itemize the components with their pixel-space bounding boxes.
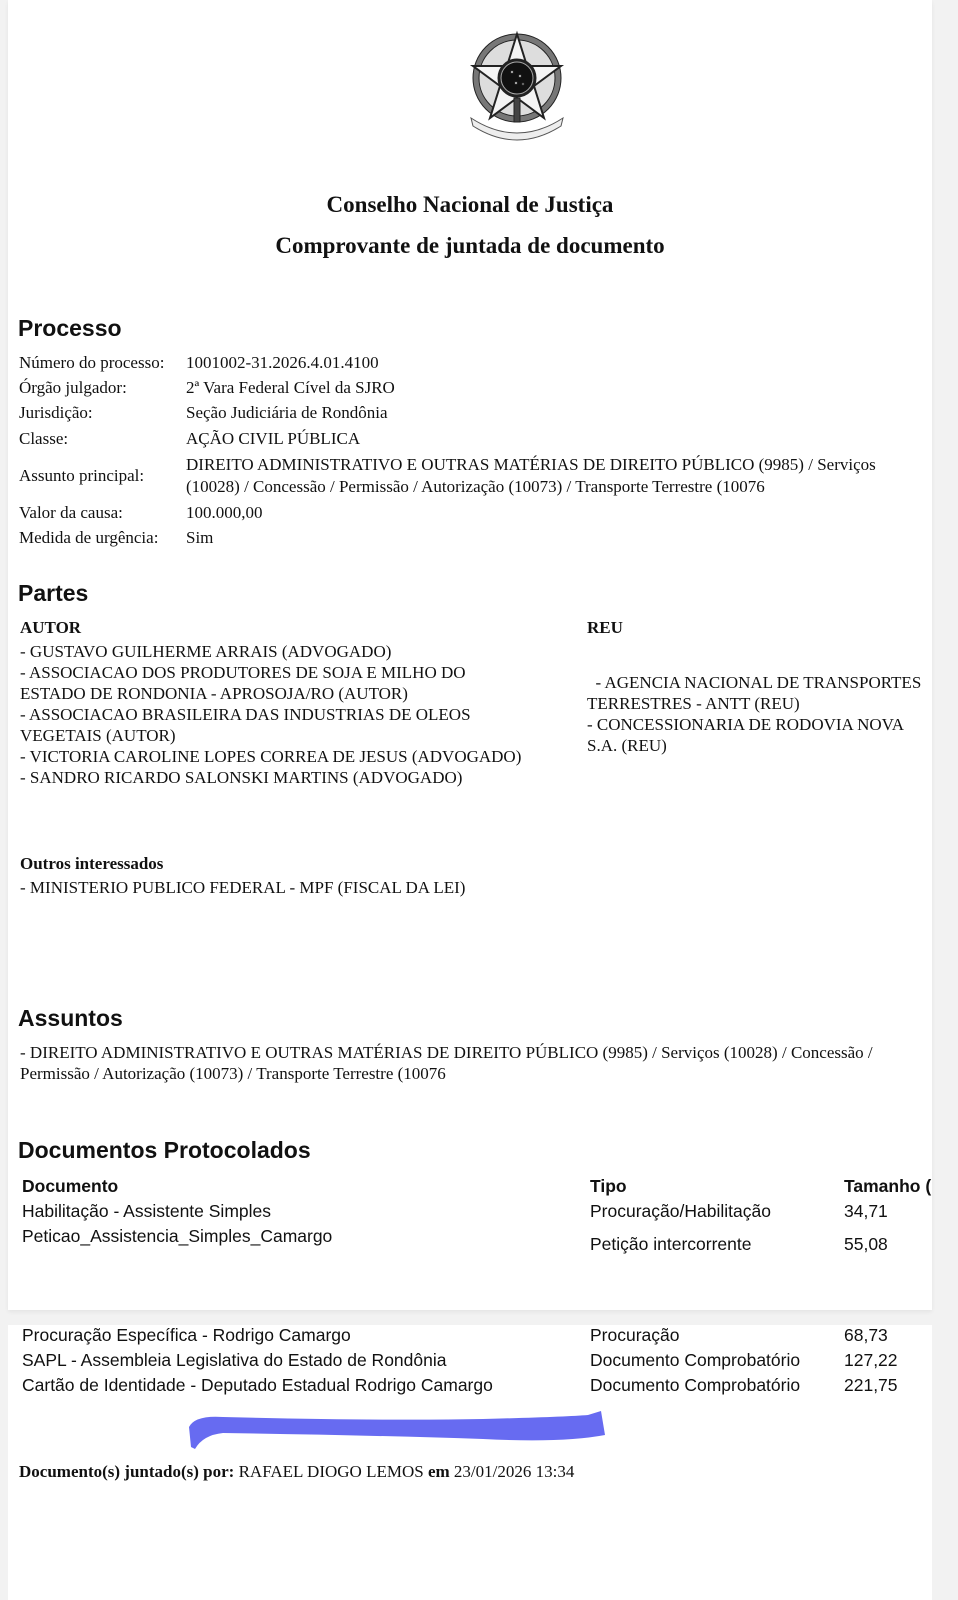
- doc-name: Cartão de Identidade - Deputado Estadual…: [22, 1375, 493, 1396]
- autor-line: ESTADO DE RONDONIA - APROSOJA/RO (AUTOR): [20, 683, 408, 704]
- col-tipo: Tipo: [590, 1176, 627, 1197]
- autor-line: - VICTORIA CAROLINE LOPES CORREA DE JESU…: [20, 746, 521, 767]
- assuntos-heading: Assuntos: [18, 1005, 123, 1032]
- autor-heading: AUTOR: [20, 617, 81, 638]
- numero-value: 1001002-31.2026.4.01.4100: [186, 352, 379, 373]
- valor-label: Valor da causa:: [19, 502, 123, 523]
- doc-name: Habilitação - Assistente Simples: [22, 1201, 271, 1222]
- partes-heading: Partes: [18, 580, 88, 607]
- redaction-scribble: [183, 1405, 623, 1455]
- doc-title: Comprovante de juntada de documento: [8, 233, 932, 259]
- autor-line: - GUSTAVO GUILHERME ARRAIS (ADVOGADO): [20, 641, 391, 662]
- reu-line: - AGENCIA NACIONAL DE TRANSPORTES: [587, 672, 932, 693]
- classe-label: Classe:: [19, 428, 68, 449]
- autor-line: - ASSOCIACAO DOS PRODUTORES DE SOJA E MI…: [20, 662, 466, 683]
- documentos-heading: Documentos Protocolados: [18, 1137, 311, 1164]
- jurisdicao-label: Jurisdição:: [19, 402, 93, 423]
- doc-name: Peticao_Assistencia_Simples_Camargo: [22, 1226, 332, 1247]
- reu-heading: REU: [587, 617, 623, 638]
- urgencia-label: Medida de urgência:: [19, 527, 158, 548]
- autor-line: - ASSOCIACAO BRASILEIRA DAS INDUSTRIAS D…: [20, 704, 471, 725]
- doc-size: 55,08: [844, 1234, 888, 1255]
- assunto-principal-value-line1: DIREITO ADMINISTRATIVO E OUTRAS MATÉRIAS…: [186, 454, 932, 475]
- doc-name: SAPL - Assembleia Legislativa do Estado …: [22, 1350, 446, 1371]
- assunto-principal-label: Assunto principal:: [19, 465, 144, 486]
- col-tamanho: Tamanho (KB): [844, 1176, 932, 1197]
- col-documento: Documento: [22, 1176, 118, 1197]
- processo-heading: Processo: [18, 315, 122, 342]
- doc-type: Documento Comprobatório: [590, 1350, 800, 1371]
- doc-type: Documento Comprobatório: [590, 1375, 800, 1396]
- classe-value: AÇÃO CIVIL PÚBLICA: [186, 428, 360, 449]
- numero-label: Número do processo:: [19, 352, 164, 373]
- assuntos-line2: Permissão / Autorização (10073) / Transp…: [20, 1063, 932, 1084]
- juntada-label: Documento(s) juntado(s) por:: [19, 1462, 234, 1481]
- outros-line: - MINISTERIO PUBLICO FEDERAL - MPF (FISC…: [20, 877, 465, 898]
- orgao-label: Órgão julgador:: [19, 377, 127, 398]
- autor-line: VEGETAIS (AUTOR): [20, 725, 176, 746]
- coat-of-arms-emblem-icon: [457, 26, 577, 146]
- urgencia-value: Sim: [186, 527, 213, 548]
- orgao-value: 2ª Vara Federal Cível da SJRO: [186, 377, 395, 398]
- juntada-user: RAFAEL DIOGO LEMOS: [239, 1462, 424, 1481]
- doc-name: Procuração Específica - Rodrigo Camargo: [22, 1325, 351, 1346]
- org-title: Conselho Nacional de Justiça: [8, 192, 932, 218]
- juntada-datetime: 23/01/2026 13:34: [454, 1462, 574, 1481]
- doc-size: 34,71: [844, 1201, 888, 1222]
- assunto-principal-value-line2: (10028) / Concessão / Permissão / Autori…: [186, 476, 932, 497]
- autor-line: - SANDRO RICARDO SALONSKI MARTINS (ADVOG…: [20, 767, 462, 788]
- document-page-1: Conselho Nacional de Justiça Comprovante…: [8, 0, 932, 1310]
- outros-heading: Outros interessados: [20, 853, 163, 874]
- reu-line: TERRESTRES - ANTT (REU): [587, 693, 932, 714]
- assuntos-line1: - DIREITO ADMINISTRATIVO E OUTRAS MATÉRI…: [20, 1042, 932, 1063]
- doc-size: 68,73: [844, 1325, 888, 1346]
- reu-line: S.A. (REU): [587, 735, 932, 756]
- juntada-em: em: [428, 1462, 450, 1481]
- doc-type: Petição intercorrente: [590, 1234, 751, 1255]
- document-page-2: Procuração Específica - Rodrigo Camargo …: [8, 1325, 932, 1600]
- jurisdicao-value: Seção Judiciária de Rondônia: [186, 402, 388, 423]
- doc-size: 221,75: [844, 1375, 898, 1396]
- doc-size: 127,22: [844, 1350, 898, 1371]
- reu-line: - CONCESSIONARIA DE RODOVIA NOVA: [587, 714, 932, 735]
- doc-type: Procuração/Habilitação: [590, 1201, 771, 1222]
- page-edge: [932, 0, 958, 1600]
- juntada-footer: Documento(s) juntado(s) por: RAFAEL DIOG…: [19, 1461, 574, 1482]
- doc-type: Procuração: [590, 1325, 680, 1346]
- valor-value: 100.000,00: [186, 502, 263, 523]
